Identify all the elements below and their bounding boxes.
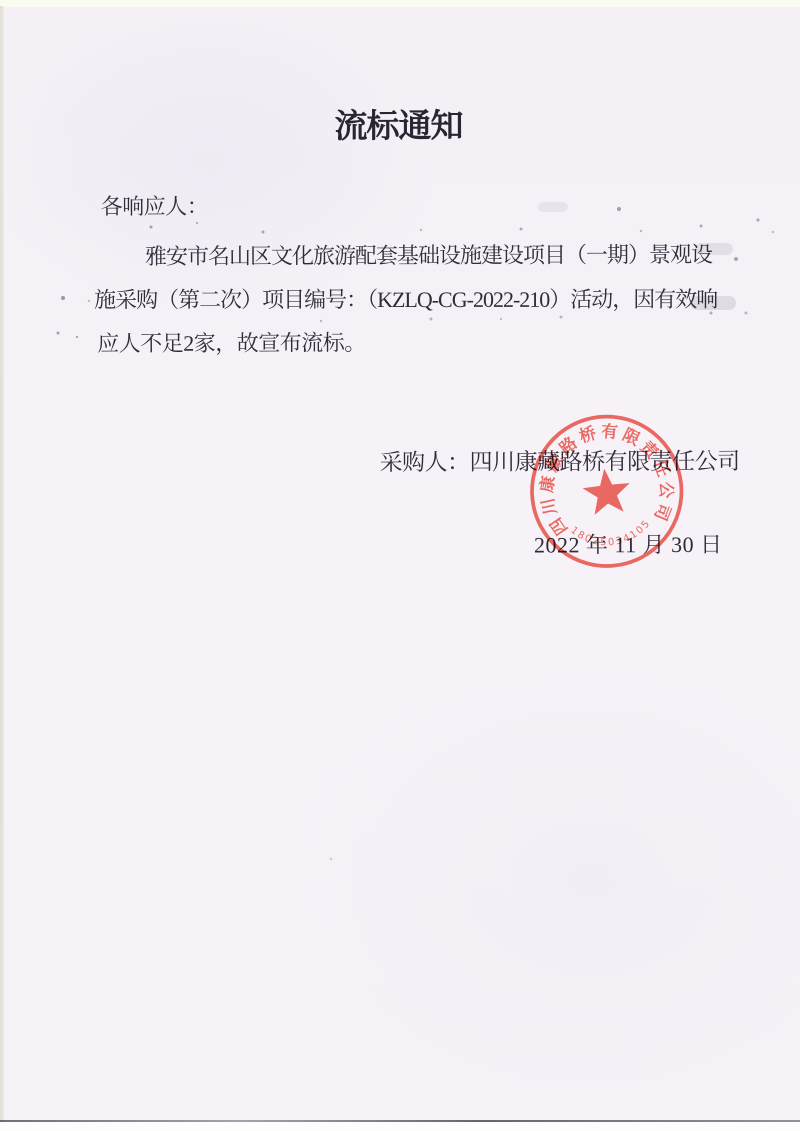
document-title: 流标通知 bbox=[0, 99, 799, 149]
company-seal-stamp: 四川康藏路桥有限责任公司 18025034105 bbox=[515, 400, 698, 583]
document-content: 流标通知 各响应人： 雅安市名山区文化旅游配套基础设施建设项目（一期）景观设 施… bbox=[0, 0, 800, 1131]
body-line-2: 施采购（第二次）项目编号：（KZLQ-CG-2022-210）活动，因有效响 bbox=[94, 283, 717, 315]
seal-number-arc-text: 18025034105 bbox=[567, 516, 655, 552]
body-line-3: 应人不足2家，故宣布流标。 bbox=[97, 326, 366, 358]
salutation-line: 各响应人： bbox=[101, 190, 209, 221]
seal-star-icon bbox=[581, 466, 633, 516]
body-line-1: 雅安市名山区文化旅游配套基础设施建设项目（一期）景观设 bbox=[145, 238, 712, 271]
svg-text:18025034105: 18025034105 bbox=[567, 516, 655, 552]
